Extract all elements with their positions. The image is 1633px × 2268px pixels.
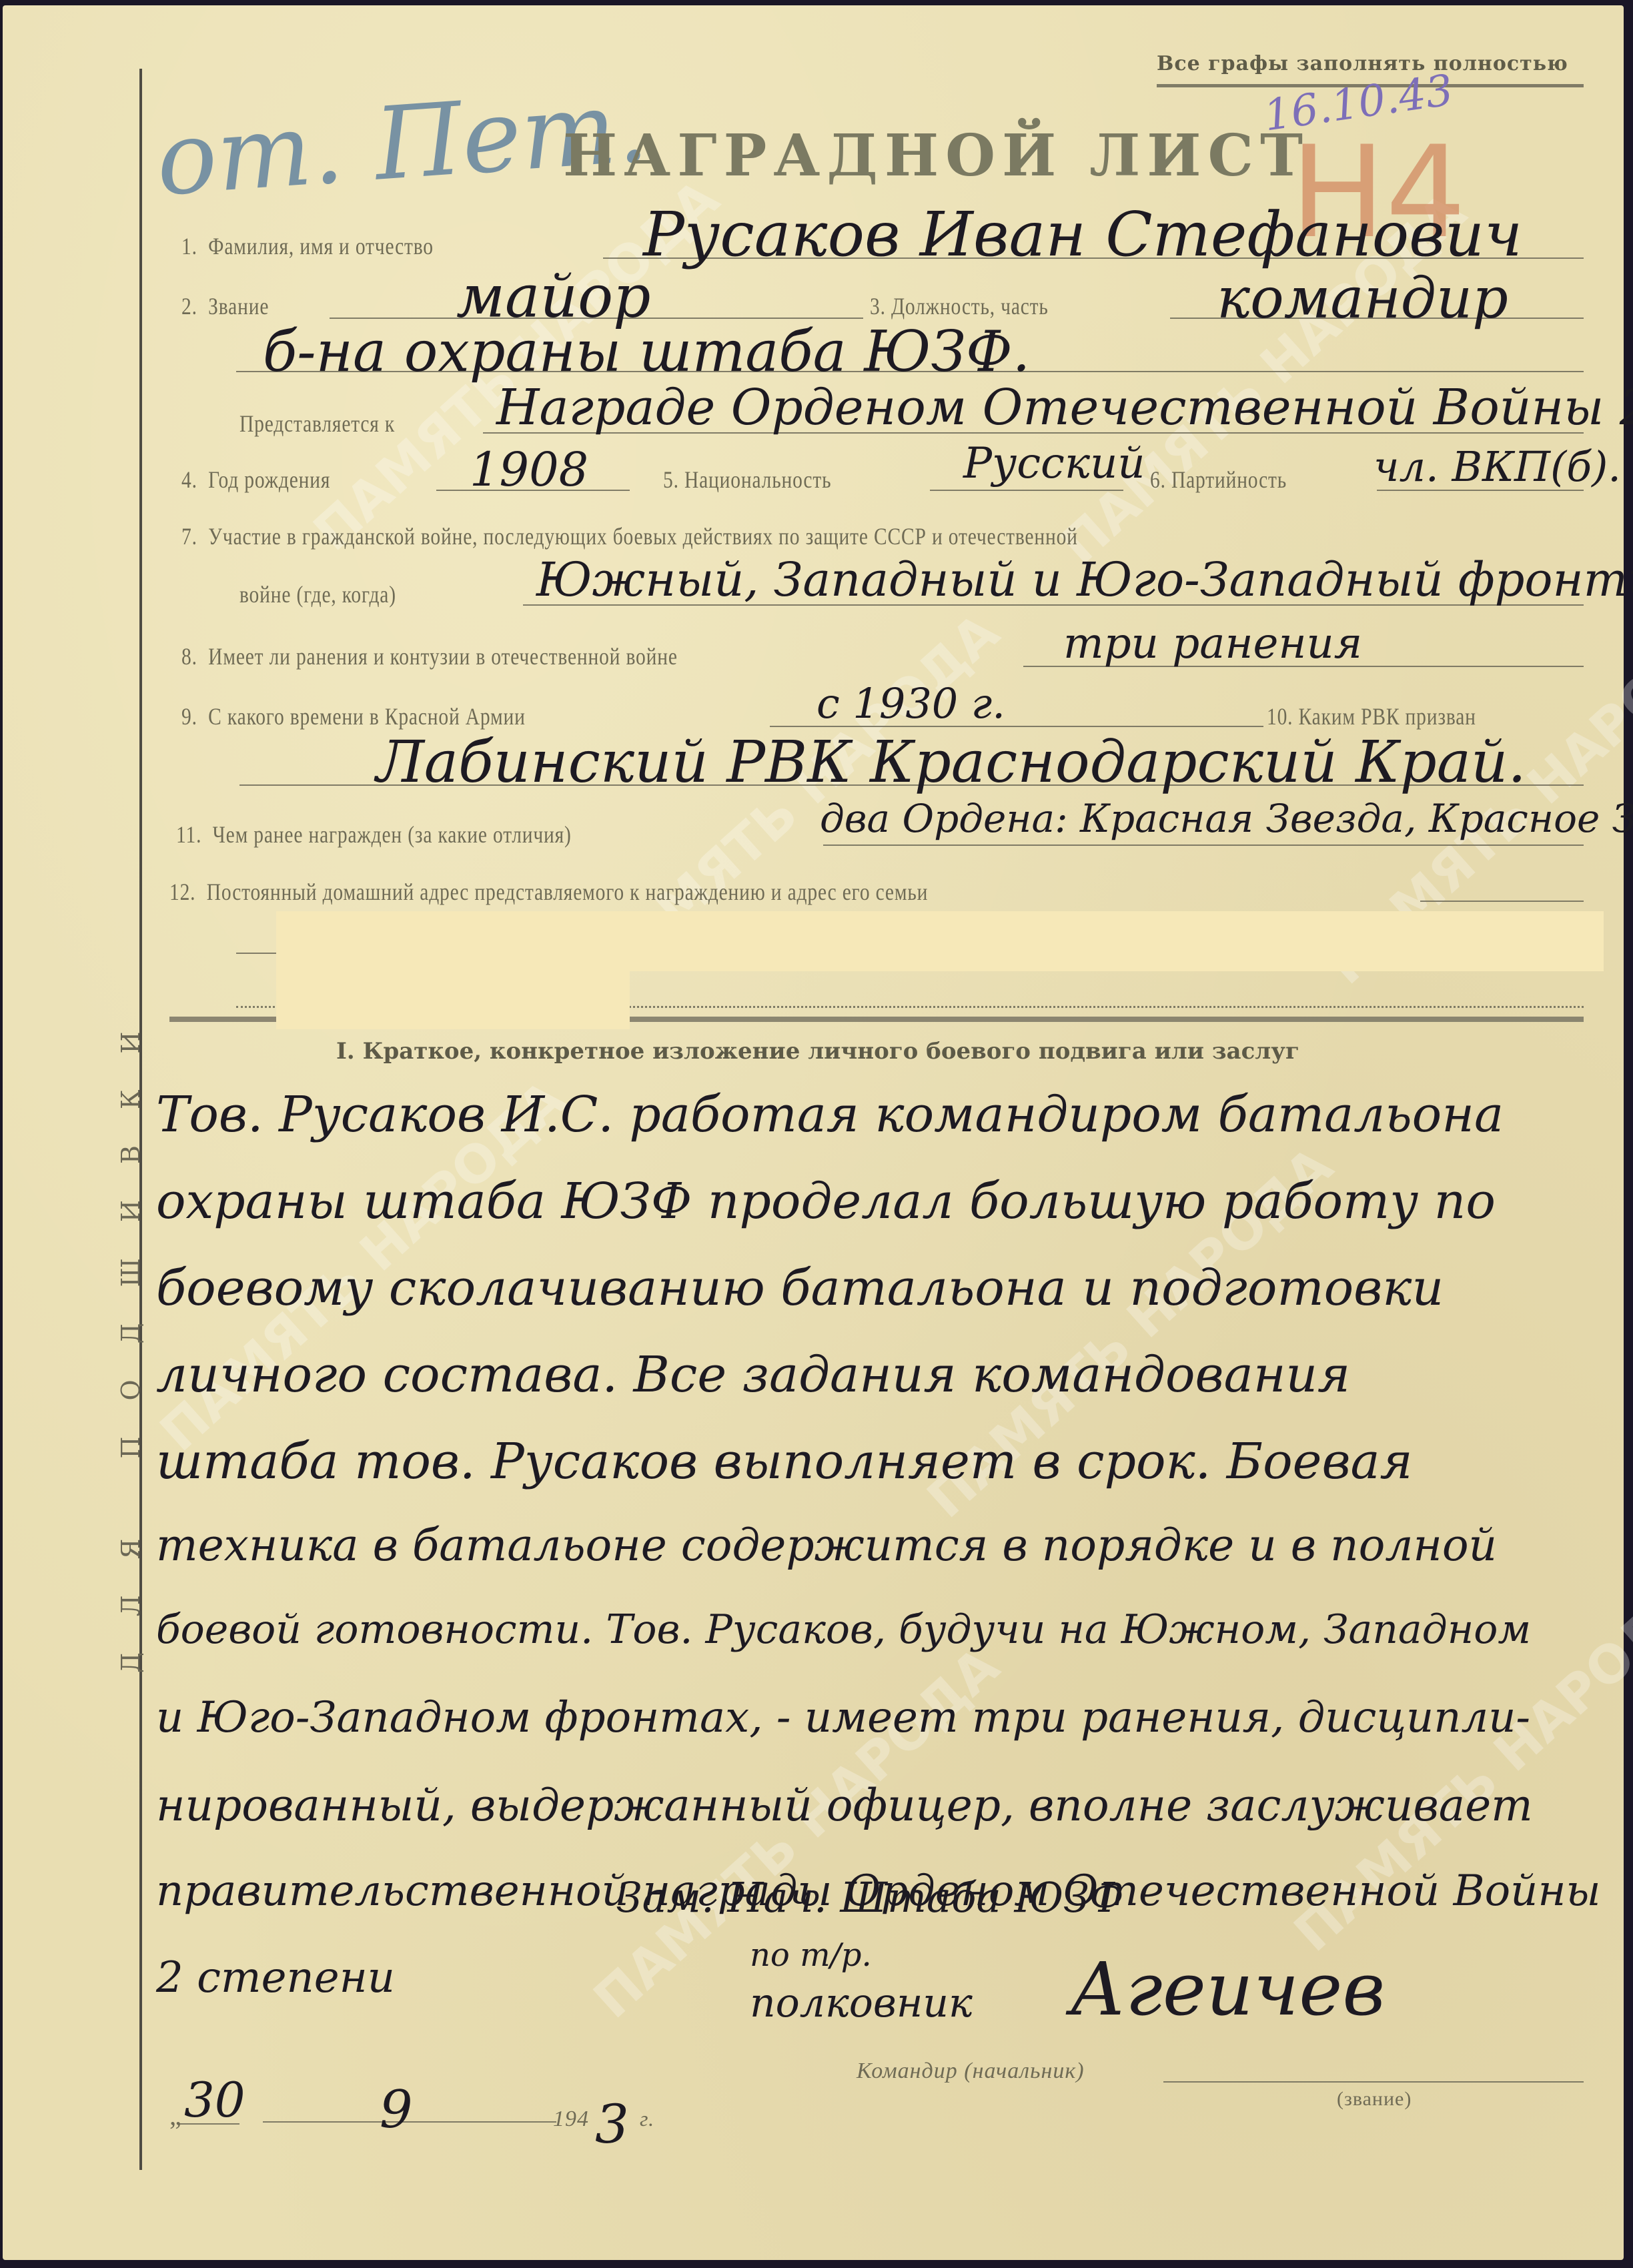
field-3-value-continuation[interactable]: б-на охраны штаба ЮЗФ. <box>263 319 1030 384</box>
field-7-value[interactable]: Южный, Западный и Юго-Западный фронты <box>536 552 1633 607</box>
narrative-line: Тов. Русаков И.С. работая командиром бат… <box>156 1086 1590 1173</box>
field-2-label: 2. Звание <box>181 292 269 320</box>
field-12-label: 12. Постоянный домашний адрес представля… <box>169 878 928 906</box>
narrative-line: штаба тов. Русаков выполняет в срок. Бое… <box>156 1433 1590 1520</box>
date-month[interactable]: 9 <box>380 2080 413 2140</box>
section-heading: I. Краткое, конкретное изложение личного… <box>336 1038 1299 1065</box>
award-recommended-label: Представляется к <box>239 410 395 438</box>
field-9-label: 9. С какого времени в Красной Армии <box>181 702 526 730</box>
field-12-line <box>1420 901 1584 902</box>
commander-label: Командир (начальник) <box>857 2059 1085 2084</box>
award-recommended-value[interactable]: Награде Орденом Отечественной Войны 2 ст… <box>496 379 1633 436</box>
field-4-value[interactable]: 1908 <box>470 442 588 497</box>
signatory-title-line-2: по т/р. <box>750 1936 872 1974</box>
date-year-suffix[interactable]: 3 <box>595 2093 629 2155</box>
field-4-label: 4. Год рождения <box>181 466 330 494</box>
field-6-value[interactable]: чл. ВКП(б). <box>1374 442 1621 491</box>
field-11-value[interactable]: два Ордена: Красная Звезда, Красное Знам… <box>820 796 1633 841</box>
narrative-line: техника в батальоне содержится в порядке… <box>156 1520 1590 1606</box>
top-instruction: Все графы заполнять полностью <box>1157 52 1568 75</box>
date-year-abbrev: г. <box>640 2107 654 2131</box>
signatory-rank: полковник <box>750 1980 973 2027</box>
field-8-label: 8. Имеет ли ранения и контузии в отечест… <box>181 642 678 670</box>
date-year-prefix: 194 <box>553 2107 589 2132</box>
field-7-label-continuation: войне (где, когда) <box>239 580 396 608</box>
field-5-label: 5. Национальность <box>663 466 831 494</box>
field-7-label: 7. Участие в гражданской войне, последую… <box>181 522 1078 550</box>
commander-signature-line <box>1163 2081 1584 2083</box>
award-sheet-page: ДЛЯ ПОДШИВКИ ПАМЯТЬ НАРОДА ПАМЯТЬ НАРОДА… <box>3 5 1624 2260</box>
signatory-title-line-1: Зам. Нач. Штаба ЮЗФ <box>616 1873 1124 1922</box>
field-1-label: 1. Фамилия, имя и отчество <box>181 232 434 260</box>
field-11-line <box>823 844 1584 846</box>
field-8-value[interactable]: три ранения <box>1063 619 1362 668</box>
field-6-label: 6. Партийность <box>1150 466 1287 494</box>
field-9-value[interactable]: с 1930 г. <box>816 679 1005 728</box>
margin-vertical-label: ДЛЯ ПОДШИВКИ <box>116 995 145 1673</box>
narrative-line: охраны штаба ЮЗФ проделал большую работу… <box>156 1173 1590 1259</box>
rank-caption: (звание) <box>1337 2088 1412 2111</box>
field-3-value[interactable]: командир <box>1217 265 1508 331</box>
narrative-line: боевой готовности. Тов. Русаков, будучи … <box>156 1606 1590 1693</box>
date-day-line <box>179 2123 239 2125</box>
document-title: НАГРАДНОЙ ЛИСТ <box>563 122 1309 189</box>
date-open-quote: „ <box>169 2100 182 2131</box>
field-10-label: 10. Каким РВК призван <box>1267 702 1476 730</box>
narrative-line: нированный, выдержанный офицер, вполне з… <box>156 1780 1590 1866</box>
field-5-line <box>930 490 1123 491</box>
field-10-value[interactable]: Лабинский РВК Краснодарский Край. <box>376 729 1526 796</box>
narrative-line: личного состава. Все задания командовани… <box>156 1346 1590 1433</box>
field-5-value[interactable]: Русский <box>963 439 1145 488</box>
narrative-line: и Юго-Западном фронтах, - имеет три ране… <box>156 1693 1590 1780</box>
redacted-address-block <box>276 966 630 1029</box>
date-day[interactable]: 30 <box>184 2072 245 2128</box>
field-11-label: 11. Чем ранее награжден (за какие отличи… <box>176 820 572 848</box>
field-1-value[interactable]: Русаков Иван Стефанович <box>643 199 1522 270</box>
field-3-label: 3. Должность, часть <box>870 292 1049 320</box>
narrative-line: боевому сколачиванию батальона и подгото… <box>156 1259 1590 1346</box>
redacted-address-block <box>276 911 1604 971</box>
signature: Агеичев <box>1070 1946 1385 2032</box>
